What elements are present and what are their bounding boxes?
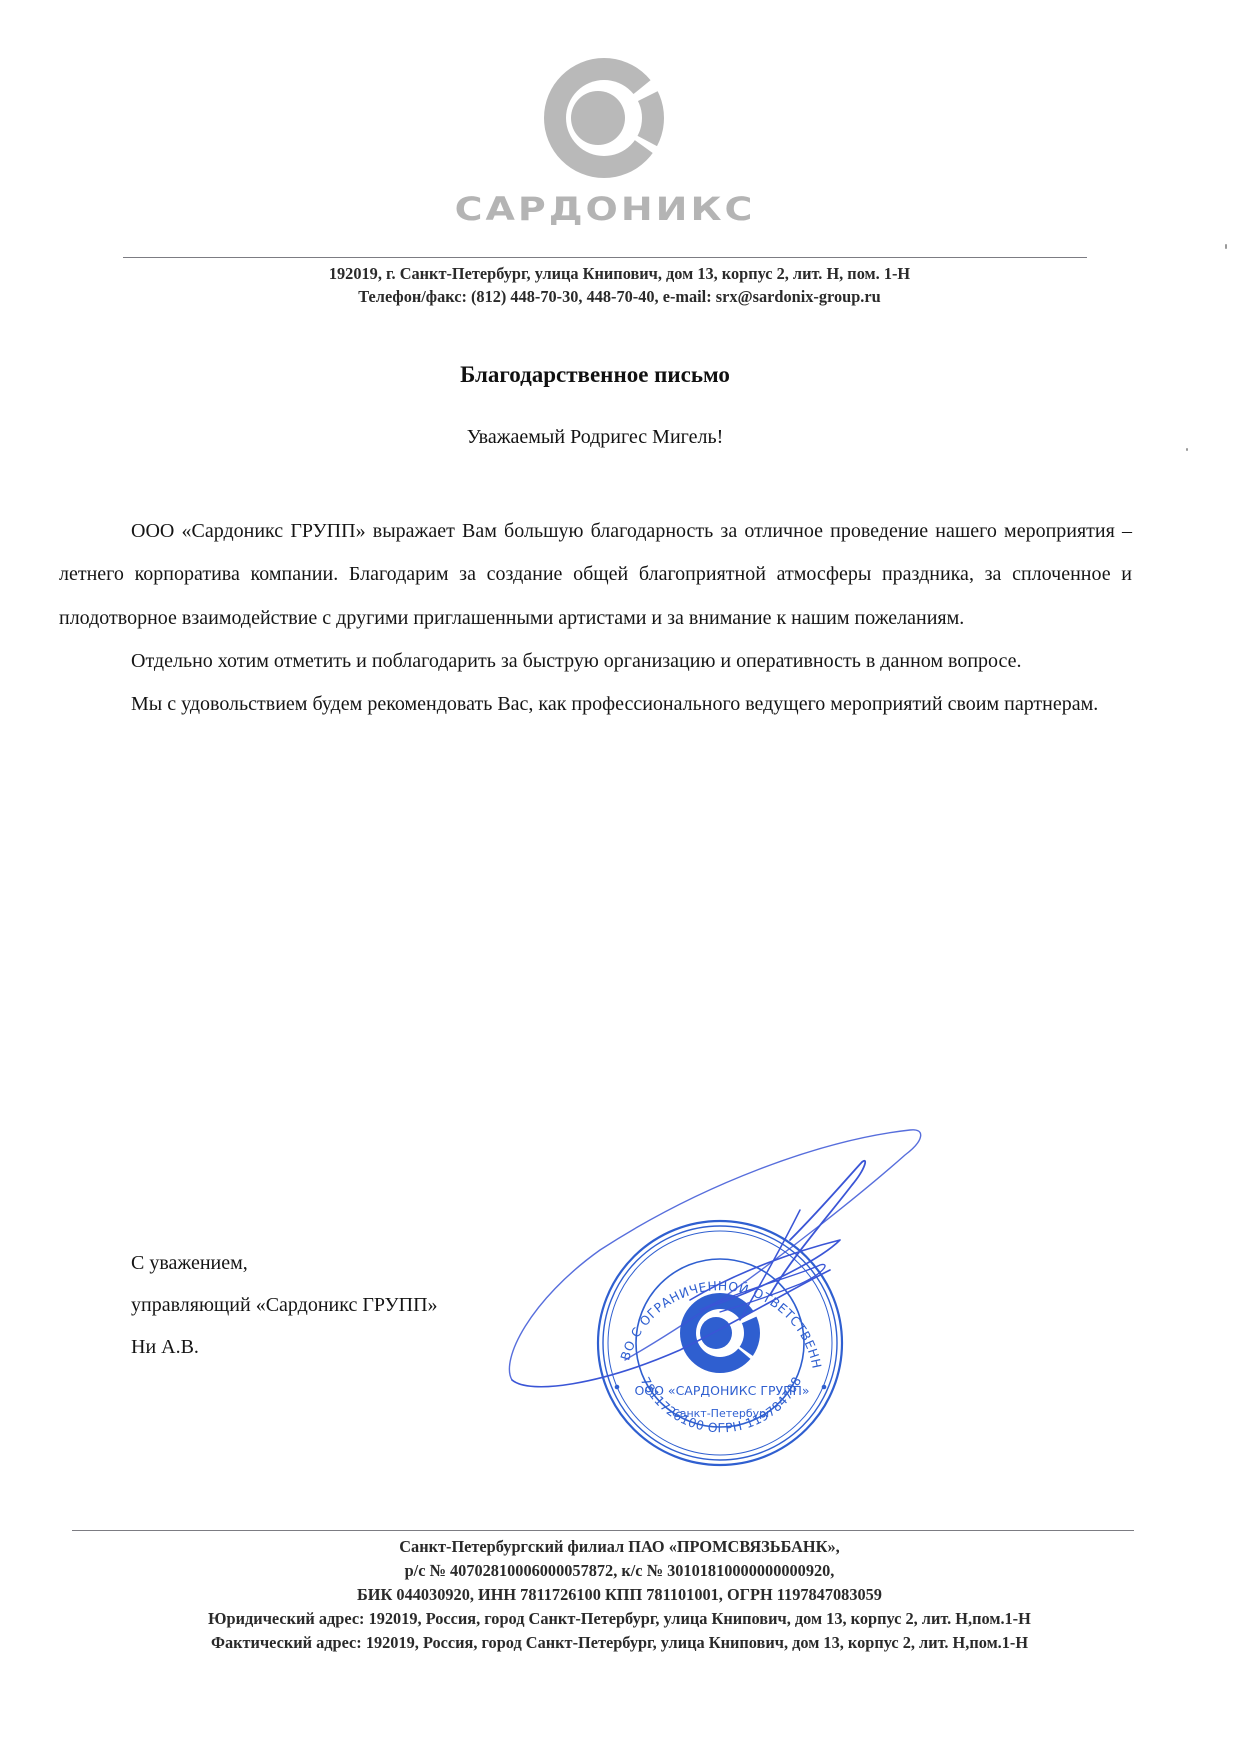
stamp-company: ООО «САРДОНИКС ГРУПП»: [634, 1383, 809, 1398]
letter-body: ООО «Сардоникс ГРУПП» выражает Вам больш…: [59, 510, 1132, 726]
handwritten-signature: [0, 0, 1239, 1752]
company-contacts: Телефон/факс: (812) 448-70-30, 448-70-40…: [25, 287, 1214, 307]
footer-actual-address: Фактический адрес: 192019, Россия, город…: [25, 1633, 1214, 1653]
footer-company-ids: БИК 044030920, ИНН 7811726100 КПП 781101…: [25, 1585, 1214, 1605]
body-paragraph: Мы с удовольствием будем рекомендовать В…: [59, 683, 1132, 726]
letter-greeting: Уважаемый Родригес Мигель!: [0, 426, 1190, 449]
footer-bank-accounts: р/с № 40702810006000057872, к/с № 301018…: [25, 1561, 1214, 1581]
signature-block: С уважением, управляющий «Сардоникс ГРУП…: [131, 1242, 438, 1368]
company-stamp-icon: ОБЩЕСТВО С ОГРАНИЧЕННОЙ ОТВЕТСТВЕННОСТЬЮ…: [590, 1215, 850, 1475]
signer-position: управляющий «Сардоникс ГРУПП»: [131, 1284, 438, 1326]
logo-wordmark: САРДОНИКС: [430, 190, 780, 227]
letter-title: Благодарственное письмо: [0, 362, 1190, 388]
header-divider: [123, 257, 1087, 258]
stamp-city: Санкт-Петербург: [672, 1407, 772, 1420]
sardonix-circle-logo-icon: [540, 56, 668, 180]
footer-divider: [72, 1530, 1134, 1531]
scan-speck: [1186, 448, 1188, 451]
body-paragraph: Отдельно хотим отметить и поблагодарить …: [59, 640, 1132, 683]
scan-speck: [1225, 244, 1227, 249]
footer-bank-name: Санкт-Петербургский филиал ПАО «ПРОМСВЯЗ…: [25, 1537, 1214, 1557]
body-paragraph: ООО «Сардоникс ГРУПП» выражает Вам больш…: [59, 510, 1132, 640]
company-address: 192019, г. Санкт-Петербург, улица Книпов…: [25, 264, 1214, 284]
signer-name: Ни А.В.: [131, 1326, 438, 1368]
closing-regards: С уважением,: [131, 1242, 438, 1284]
footer-legal-address: Юридический адрес: 192019, Россия, город…: [25, 1609, 1214, 1629]
